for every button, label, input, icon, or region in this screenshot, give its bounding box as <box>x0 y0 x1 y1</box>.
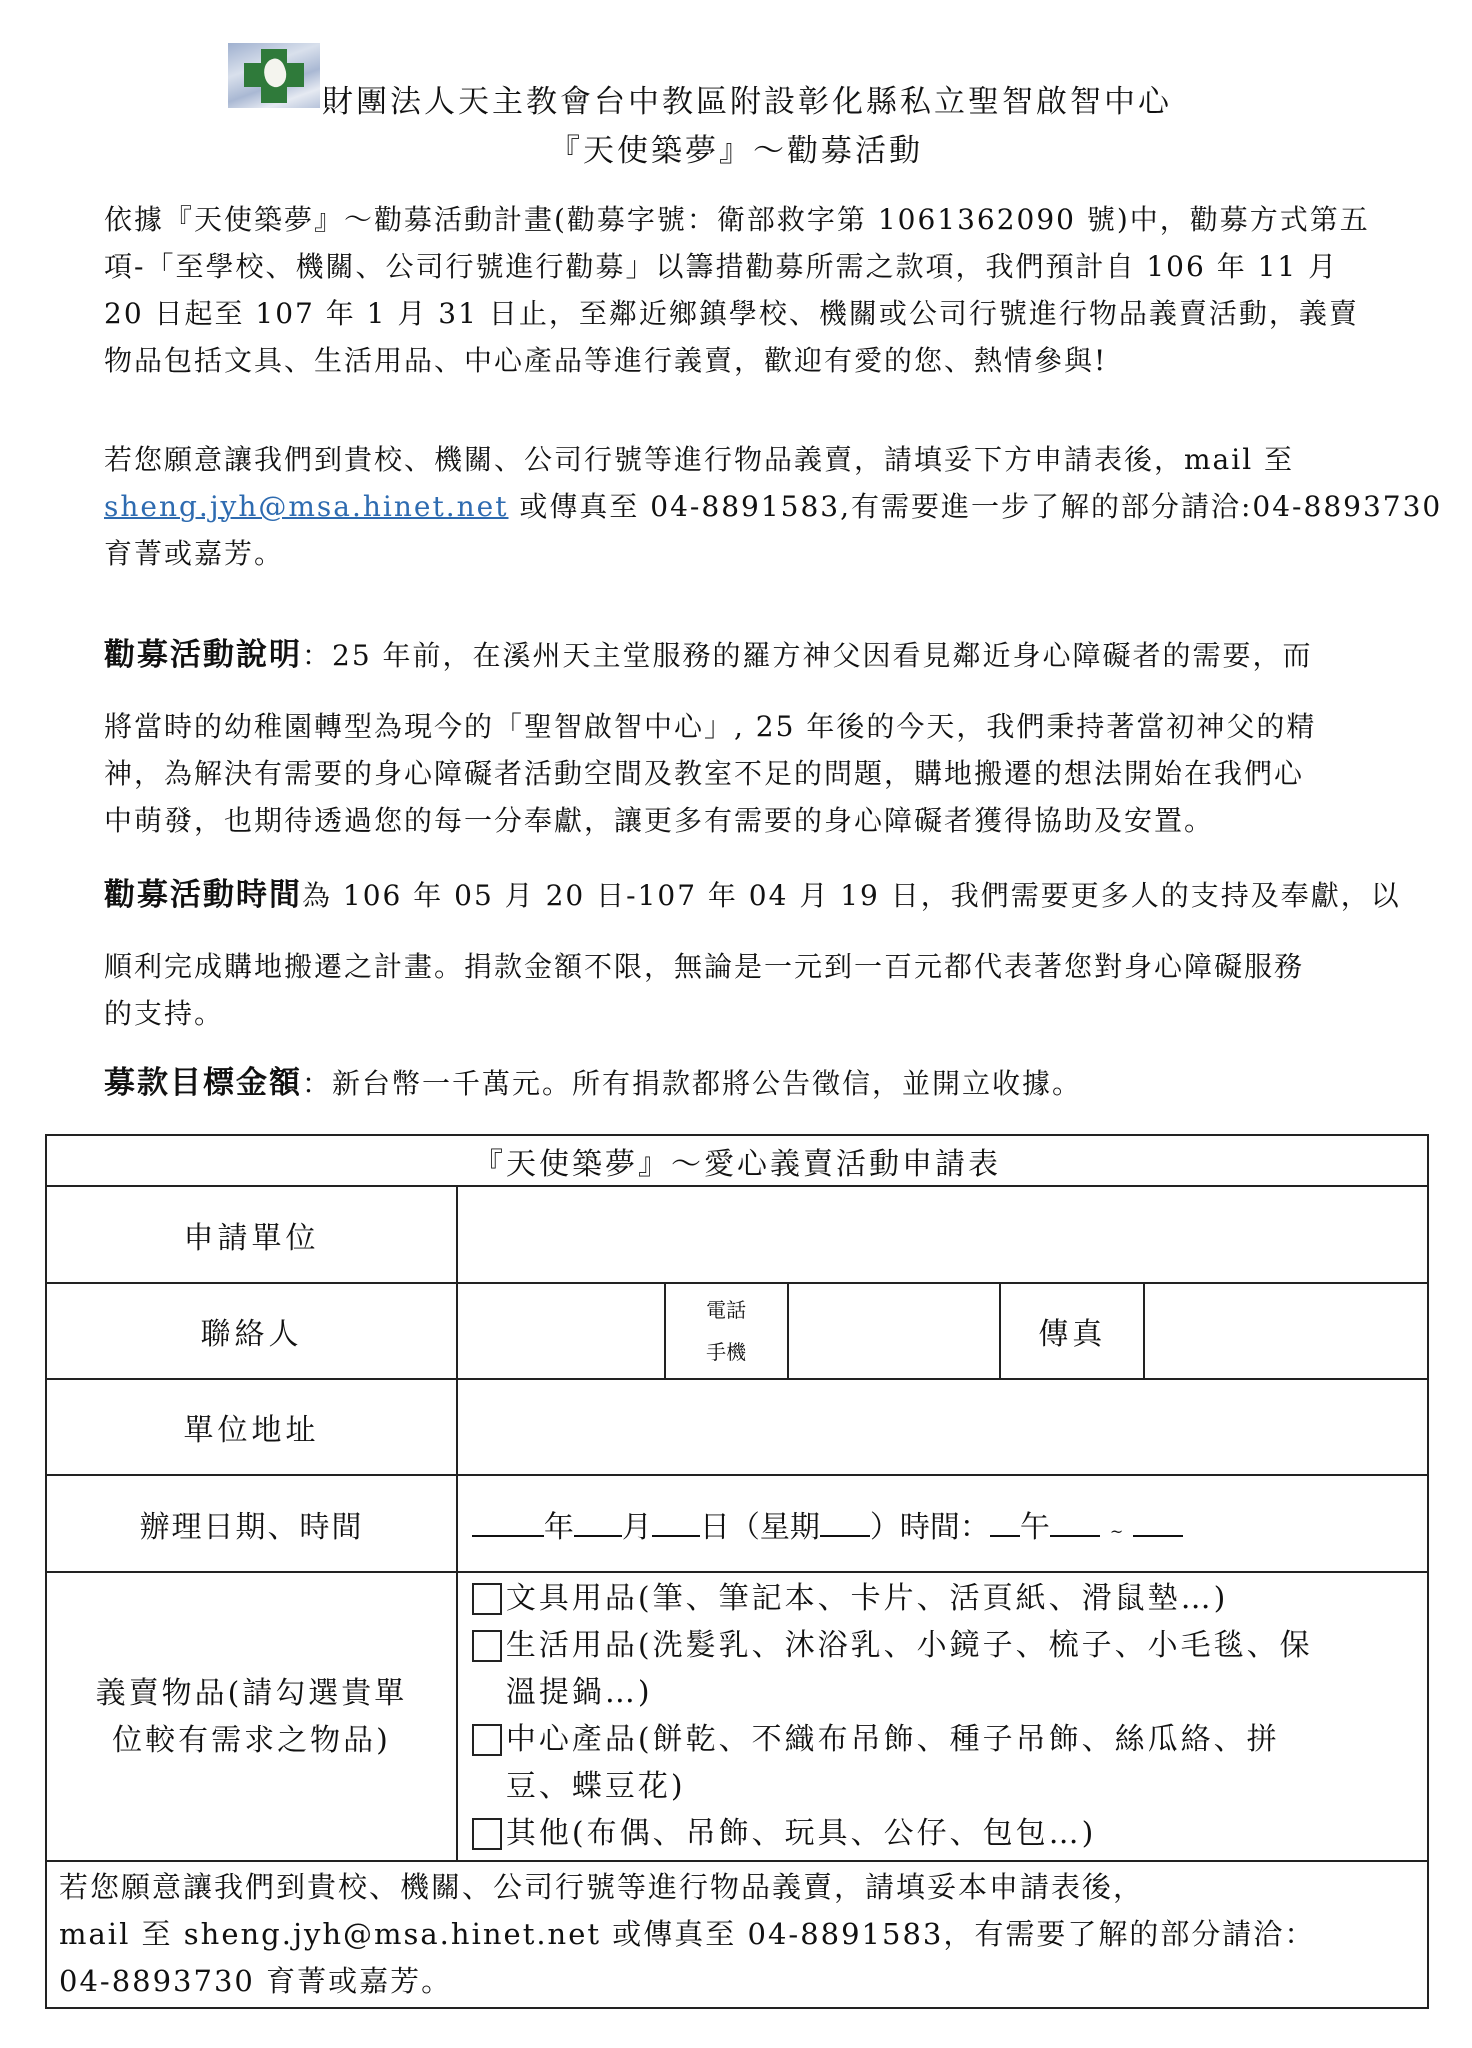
application-form: 『天使築夢』～愛心義賣活動申請表 申請單位 聯絡人 電話 手機 傳真 單位地址 … <box>45 1134 1429 2009</box>
phone-label: 電話 <box>666 1289 787 1331</box>
address-label: 單位地址 <box>46 1379 457 1475</box>
form-title: 『天使築夢』～愛心義賣活動申請表 <box>46 1135 1428 1186</box>
period-line: 順利完成購地搬遷之計畫。捐款金額不限，無論是一元到一百元都代表著您對身心障礙服務 <box>104 943 1374 990</box>
checkbox-center-products[interactable] <box>472 1724 502 1756</box>
day-label: 日 <box>700 1510 730 1545</box>
description-line: 將當時的幼稚園轉型為現今的「聖智啟智中心」, 25 年後的今天，我們秉持著當初神… <box>104 703 1374 750</box>
description-section: 勸募活動說明：25 年前，在溪州天主堂服務的羅方神父因看見鄰近身心障礙者的需要，… <box>104 632 1374 679</box>
description-line: 神，為解決有需要的身心障礙者活動空間及教室不足的問題，購地搬遷的想法開始在我們心 <box>104 750 1374 797</box>
goal-line: 募款目標金額：新台幣一千萬元。所有捐款都將公告徵信，並開立收據。 <box>104 1060 1374 1107</box>
item-continuation: 溫提鍋…) <box>458 1669 1427 1716</box>
time-label: ）時間： <box>870 1510 990 1545</box>
item-daily-goods: 生活用品(洗髮乳、沐浴乳、小鏡子、梳子、小毛毯、保 <box>458 1622 1427 1669</box>
year-blank[interactable] <box>472 1513 544 1537</box>
description-heading: 勸募活動說明 <box>104 637 302 673</box>
year-label: 年 <box>544 1510 574 1545</box>
period-line: 的支持。 <box>104 990 1374 1037</box>
organization-name: 財團法人天主教會台中教區附設彰化縣私立聖智啟智中心 <box>322 76 1172 121</box>
period-text: 為 106 年 05 月 20 日-107 年 04 月 19 日，我們需要更多… <box>302 879 1401 912</box>
item-label: 生活用品(洗髮乳、沐浴乳、小鏡子、梳子、小毛毯、保 <box>506 1622 1313 1669</box>
weekday-blank[interactable] <box>820 1513 870 1537</box>
item-continuation: 豆、蝶豆花) <box>458 1763 1427 1810</box>
contact-person-field[interactable] <box>457 1283 665 1379</box>
period-body: 順利完成購地搬遷之計畫。捐款金額不限，無論是一元到一百元都代表著您對身心障礙服務… <box>104 943 1374 1037</box>
intro-paragraph: 依據『天使築夢』～勸募活動計畫(勸募字號：衛部救字第 1061362090 號)… <box>104 196 1374 384</box>
checkbox-other[interactable] <box>472 1818 502 1850</box>
intro-line: 物品包括文具、生活用品、中心產品等進行義賣，歡迎有愛的您、熱情參與! <box>104 337 1374 384</box>
fax-label: 傳真 <box>1000 1283 1144 1379</box>
start-time-blank[interactable] <box>1050 1513 1100 1537</box>
intro-line: 20 日起至 107 年 1 月 31 日止，至鄰近鄉鎮學校、機關或公司行號進行… <box>104 290 1374 337</box>
applicant-field[interactable] <box>457 1186 1428 1283</box>
weekday-open-label: （星期 <box>730 1510 820 1545</box>
description-first-line: 勸募活動說明：25 年前，在溪州天主堂服務的羅方神父因看見鄰近身心障礙者的需要，… <box>104 632 1374 679</box>
footer-line: mail 至 sheng.jyh@msa.hinet.net 或傳真至 04-8… <box>59 1911 1415 1958</box>
email-link[interactable]: sheng.jyh@msa.hinet.net <box>104 490 508 523</box>
item-center-products: 中心產品(餅乾、不織布吊飾、種子吊飾、絲瓜絡、拼 <box>458 1716 1427 1763</box>
goal-section: 募款目標金額：新台幣一千萬元。所有捐款都將公告徵信，並開立收據。 <box>104 1060 1374 1107</box>
footer-line: 04-8893730 育菁或嘉芳。 <box>59 1958 1415 2005</box>
period-section: 勸募活動時間為 106 年 05 月 20 日-107 年 04 月 19 日，… <box>104 872 1374 919</box>
items-label: 義賣物品(請勾選貴單位較有需求之物品) <box>46 1572 457 1861</box>
day-blank[interactable] <box>652 1513 700 1537</box>
goal-heading: 募款目標金額 <box>104 1065 302 1101</box>
intro-line: 項-「至學校、機關、公司行號進行勸募」以籌措勸募所需之款項，我們預計自 106 … <box>104 243 1374 290</box>
item-other: 其他(布偶、吊飾、玩具、公仔、包包…) <box>458 1810 1427 1857</box>
items-checklist: 文具用品(筆、筆記本、卡片、活頁紙、滑鼠墊…) 生活用品(洗髮乳、沐浴乳、小鏡子… <box>457 1572 1428 1861</box>
contact-paragraph: 若您願意讓我們到貴校、機關、公司行號等進行物品義賣，請填妥下方申請表後，mail… <box>104 436 1374 577</box>
fax-field[interactable] <box>1144 1283 1428 1379</box>
applicant-label: 申請單位 <box>46 1186 457 1283</box>
description-body: 將當時的幼稚園轉型為現今的「聖智啟智中心」, 25 年後的今天，我們秉持著當初神… <box>104 703 1374 844</box>
intro-line: 依據『天使築夢』～勸募活動計畫(勸募字號：衛部救字第 1061362090 號)… <box>104 196 1374 243</box>
contact-line: sheng.jyh@msa.hinet.net 或傳真至 04-8891583,… <box>104 483 1374 530</box>
description-text: ：25 年前，在溪州天主堂服務的羅方神父因看見鄰近身心障礙者的需要，而 <box>302 639 1313 672</box>
item-stationery: 文具用品(筆、筆記本、卡片、活頁紙、滑鼠墊…) <box>458 1575 1427 1622</box>
noon-label: 午 <box>1020 1510 1050 1545</box>
item-label: 文具用品(筆、筆記本、卡片、活頁紙、滑鼠墊…) <box>506 1575 1228 1622</box>
item-label: 其他(布偶、吊飾、玩具、公仔、包包…) <box>506 1810 1096 1857</box>
form-footer-note: 若您願意讓我們到貴校、機關、公司行號等進行物品義賣，請填妥本申請表後， mail… <box>46 1861 1428 2008</box>
month-blank[interactable] <box>574 1513 622 1537</box>
item-label: 中心產品(餅乾、不織布吊飾、種子吊飾、絲瓜絡、拼 <box>506 1716 1280 1763</box>
footer-line: 若您願意讓我們到貴校、機關、公司行號等進行物品義賣，請填妥本申請表後， <box>59 1864 1415 1911</box>
tilde-separator: ~ <box>1110 1522 1123 1541</box>
phone-field[interactable] <box>788 1283 1001 1379</box>
checkbox-daily-goods[interactable] <box>472 1630 502 1662</box>
date-time-field[interactable]: 年月日（星期）時間：午~ <box>457 1475 1428 1572</box>
mobile-label: 手機 <box>666 1331 787 1373</box>
address-field[interactable] <box>457 1379 1428 1475</box>
phone-mobile-label: 電話 手機 <box>665 1283 788 1379</box>
period-heading: 勸募活動時間 <box>104 877 302 913</box>
organization-logo <box>228 43 320 108</box>
fax-phone-text: 或傳真至 04-8891583,有需要進一步了解的部分請洽:04-8893730 <box>519 490 1442 523</box>
period-first-line: 勸募活動時間為 106 年 05 月 20 日-107 年 04 月 19 日，… <box>104 872 1374 919</box>
goal-text: ：新台幣一千萬元。所有捐款都將公告徵信，並開立收據。 <box>302 1067 1082 1100</box>
ampm-blank[interactable] <box>990 1513 1020 1537</box>
contact-person-label: 聯絡人 <box>46 1283 457 1379</box>
contact-line: 若您願意讓我們到貴校、機關、公司行號等進行物品義賣，請填妥下方申請表後，mail… <box>104 436 1374 483</box>
checkbox-stationery[interactable] <box>472 1583 502 1615</box>
date-label: 辦理日期、時間 <box>46 1475 457 1572</box>
campaign-title: 『天使築夢』～勸募活動 <box>0 125 1472 170</box>
description-line: 中萌發，也期待透過您的每一分奉獻，讓更多有需要的身心障礙者獲得協助及安置。 <box>104 797 1374 844</box>
end-time-blank[interactable] <box>1133 1513 1183 1537</box>
month-label: 月 <box>622 1510 652 1545</box>
contact-line: 育菁或嘉芳。 <box>104 530 1374 577</box>
